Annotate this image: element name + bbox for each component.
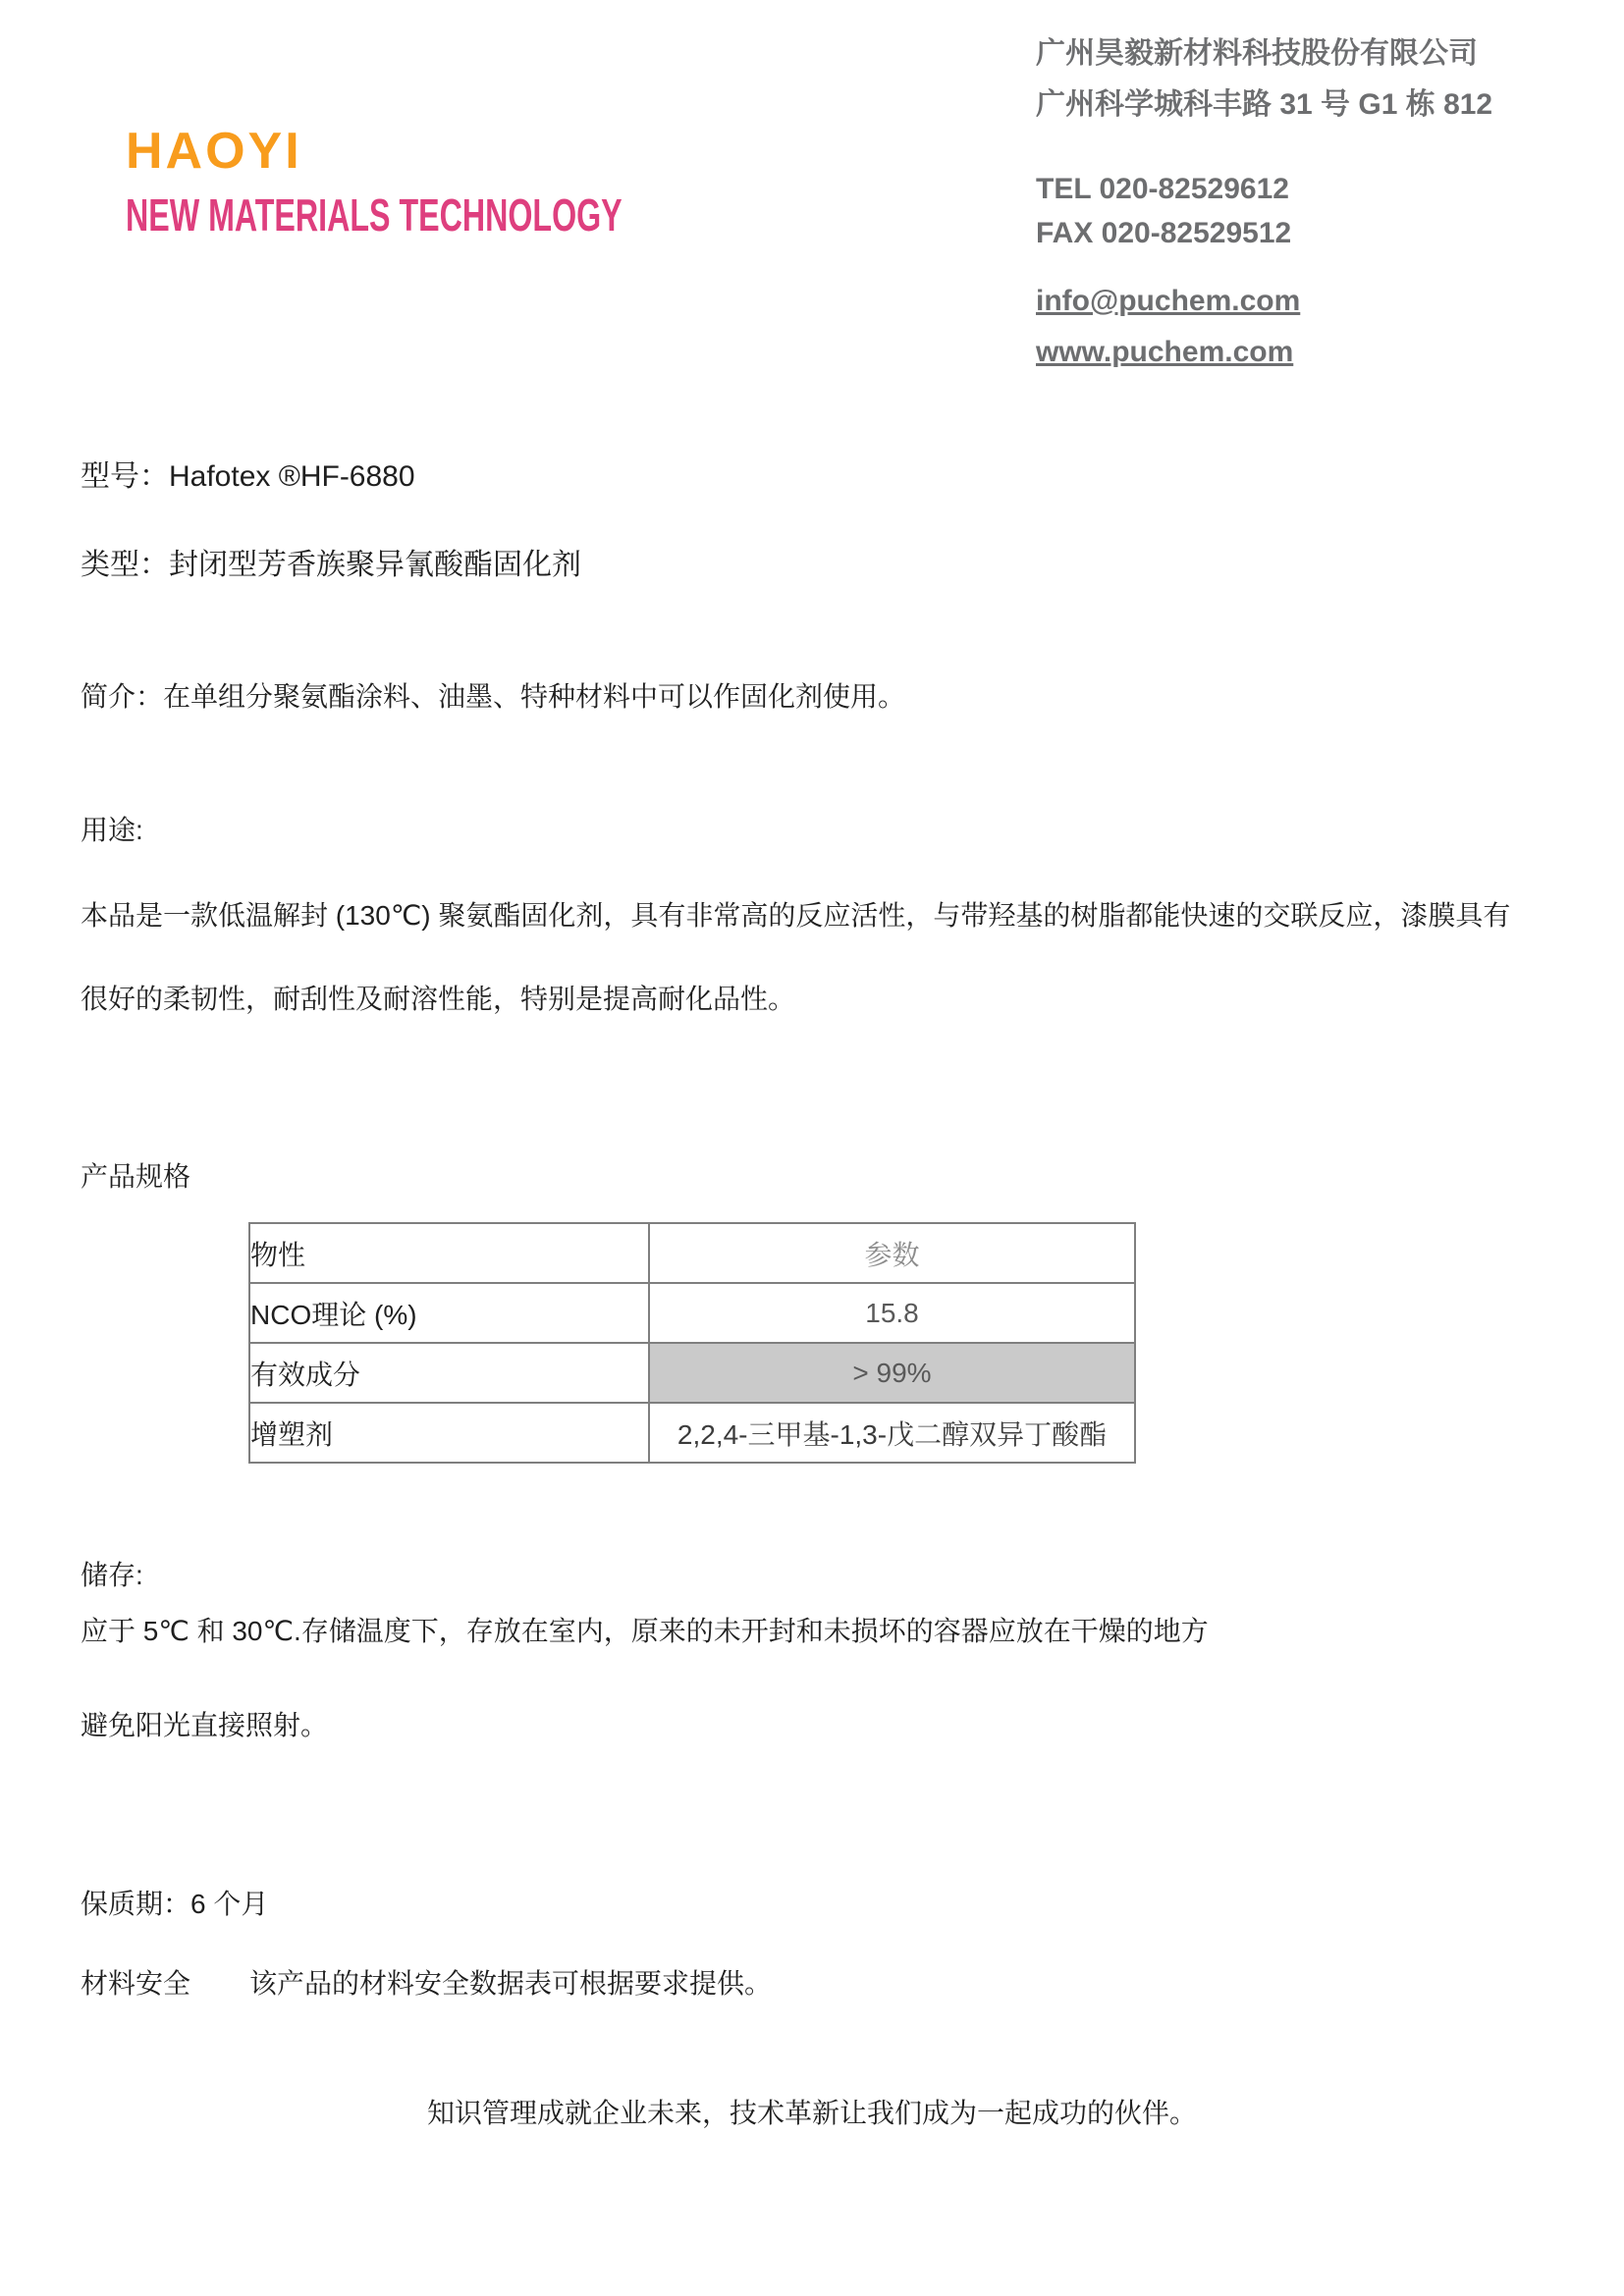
usage-paragraph-line1: 本品是一款低温解封 (130℃) 聚氨酯固化剂，具有非常高的反应活性，与带羟基的… [81, 902, 1510, 930]
specs-header-row: 物性 参数 [249, 1223, 1135, 1283]
storage-paragraph-line1: 应于 5℃ 和 30℃.存储温度下，存放在室内，原来的未开封和未损坏的容器应放在… [81, 1618, 1209, 1645]
footer-slogan: 知识管理成就企业未来，技术革新让我们成为一起成功的伙伴。 [0, 2100, 1624, 2127]
company-name: 广州昊毅新材料科技股份有限公司 [1036, 39, 1478, 69]
intro-line: 简介：在单组分聚氨酯涂料、油墨、特种材料中可以作固化剂使用。 [81, 683, 905, 711]
specs-row-active-content: 有效成分 > 99% [249, 1343, 1135, 1403]
spec-property-plasticizer: 增塑剂 [249, 1403, 649, 1463]
specs-title: 产品规格 [81, 1163, 190, 1191]
specs-row-plasticizer: 增塑剂 2,2,4-三甲基-1,3-戊二醇双异丁酸酯 [249, 1403, 1135, 1463]
logo-wordmark-line1: HAOYI [126, 126, 302, 177]
company-address: 广州科学城科丰路 31 号 G1 栋 812 [1036, 90, 1492, 120]
usage-paragraph-line2: 很好的柔韧性，耐刮性及耐溶性能，特别是提高耐化品性。 [81, 986, 795, 1013]
spec-value-plasticizer: 2,2,4-三甲基-1,3-戊二醇双异丁酸酯 [649, 1403, 1135, 1463]
company-tel: TEL 020-82529612 [1036, 175, 1289, 204]
model-line: 型号：Hafotex ®HF-6880 [81, 462, 415, 492]
specs-header-parameter: 参数 [649, 1223, 1135, 1283]
logo-wordmark-line2: NEW MATERIALS TECHNOLOGY [126, 192, 623, 238]
shelf-life-line: 保质期：6 个月 [81, 1891, 268, 1918]
storage-paragraph-line2: 避免阳光直接照射。 [81, 1712, 328, 1739]
company-fax: FAX 020-82529512 [1036, 219, 1291, 248]
storage-title: 储存: [81, 1562, 143, 1589]
specs-header-property: 物性 [249, 1223, 649, 1283]
spec-value-active-content: > 99% [649, 1343, 1135, 1403]
material-safety-text: 该产品的材料安全数据表可根据要求提供。 [249, 1968, 772, 1999]
spec-property-active-content: 有效成分 [249, 1343, 649, 1403]
specs-row-nco: NCO理论 (%) 15.8 [249, 1283, 1135, 1343]
specs-table: 物性 参数 NCO理论 (%) 15.8 有效成分 > 99% 增塑剂 2,2,… [248, 1222, 1136, 1464]
company-website-link[interactable]: www.puchem.com [1036, 338, 1293, 367]
usage-title: 用途: [81, 817, 143, 844]
company-email-link[interactable]: info@puchem.com [1036, 287, 1300, 316]
material-safety-line: 材料安全该产品的材料安全数据表可根据要求提供。 [81, 1970, 772, 1998]
datasheet-page: HAOYI NEW MATERIALS TECHNOLOGY 广州昊毅新材料科技… [0, 0, 1624, 2296]
spec-value-nco: 15.8 [649, 1283, 1135, 1343]
spec-property-nco: NCO理论 (%) [249, 1283, 649, 1343]
type-line: 类型：封闭型芳香族聚异氰酸酯固化剂 [81, 551, 581, 580]
material-safety-label: 材料安全 [81, 1968, 190, 1999]
